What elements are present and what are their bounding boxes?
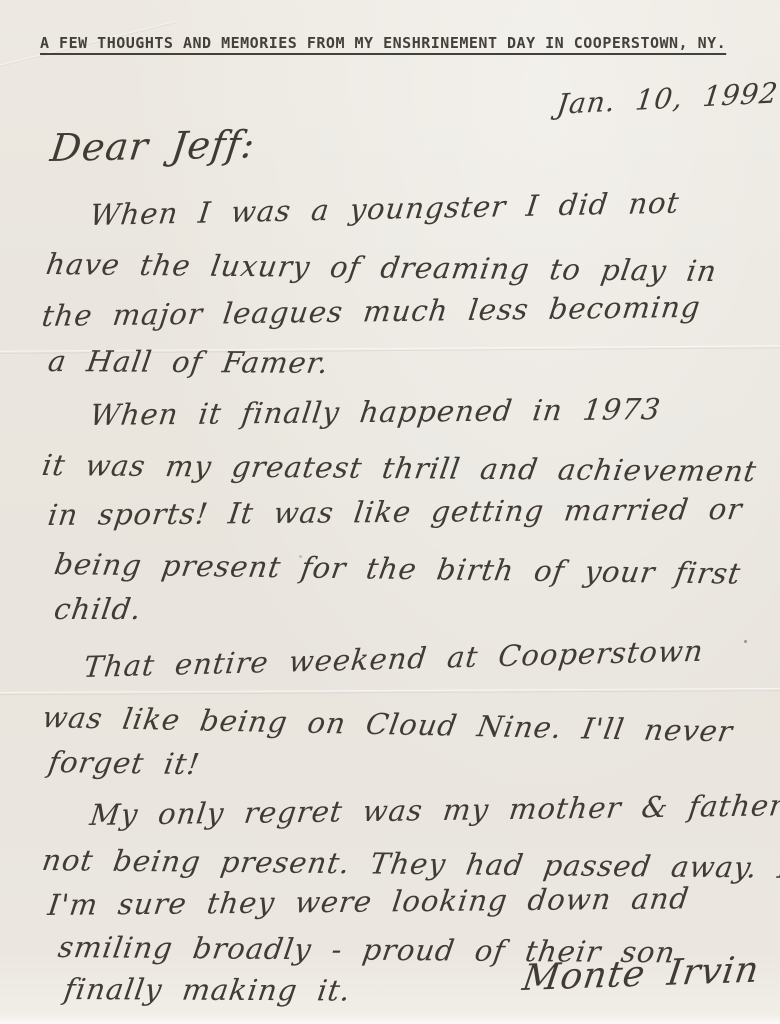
handwritten-line: When I was a youngster I did not <box>88 186 681 232</box>
signature: Monte Irvin <box>520 950 762 999</box>
scan-edge <box>0 1015 780 1024</box>
handwritten-line: the major leagues much less becoming <box>40 290 703 333</box>
handwritten-line: in sports! It was like getting married o… <box>46 492 745 532</box>
handwritten-line: was like being on Cloud Nine. I'll never <box>40 700 736 748</box>
handwritten-line: not being present. They had passed away.… <box>40 843 780 885</box>
handwritten-line: child. <box>52 592 144 626</box>
handwritten-line: I'm sure they were looking down and <box>46 881 691 922</box>
handwritten-line: finally making it. <box>62 972 353 1007</box>
handwritten-line: When it finally happened in 1973 <box>88 392 663 432</box>
letter-date: Jan. 10, 1992 <box>555 76 780 121</box>
salutation: Dear Jeff: <box>48 122 258 170</box>
ink-speck <box>744 640 747 643</box>
handwritten-line: That entire weekend at Cooperstown <box>82 634 706 684</box>
letter-page: A FEW THOUGHTS AND MEMORIES FROM MY ENSH… <box>0 0 780 1024</box>
handwritten-line: it was my greatest thrill and achievemen… <box>40 448 759 488</box>
handwritten-line: My only regret was my mother & father <box>88 788 780 832</box>
handwritten-line: a Hall of Famer. <box>46 344 331 380</box>
fold-crease-lower <box>0 688 780 695</box>
handwritten-line: forget it! <box>46 745 202 781</box>
handwritten-line: have the luxury of dreaming to play in <box>44 247 720 288</box>
handwritten-line: being present for the birth of your firs… <box>52 547 743 591</box>
typed-header: A FEW THOUGHTS AND MEMORIES FROM MY ENSH… <box>40 34 750 52</box>
